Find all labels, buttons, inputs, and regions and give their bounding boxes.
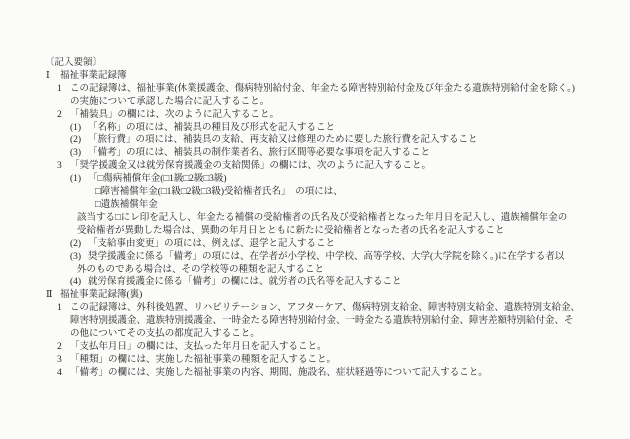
doc-line: Ⅰ福祉事業記録簿	[0, 70, 630, 83]
line-text: 奨学援護金に係る「備考」の項には、在学者が小学校、中学校、高等学校、大学(大学院…	[88, 252, 564, 262]
line-marker: 4	[57, 367, 62, 380]
doc-line: (4)就労保育援護金に係る「備考」の欄には、就労者の氏名等を記入すること	[0, 276, 630, 289]
line-marker: (2)	[70, 134, 81, 147]
doc-line: 3「奨学援護金又は就労保育援護金の支給関係」の欄には、次のように記入すること。	[0, 160, 630, 173]
line-text: 障害特別援護金、遺族特別援護金、一時金たる障害特別給付金、一時金たる遺族特別給付…	[70, 316, 574, 326]
line-text: 外のものである場合は、その学校等の種類を記入すること	[77, 265, 324, 275]
doc-line: 1この記録簿は、福祉事業(休業援護金、傷病特別給付金、年金たる障害特別給付金及び…	[0, 83, 630, 96]
line-text: の実施について承認した場合に記入すること。	[70, 97, 269, 107]
instructions-document: 〔記入要領〕Ⅰ福祉事業記録簿1この記録簿は、福祉事業(休業援護金、傷病特別給付金…	[0, 0, 630, 380]
line-text: 「備考」の項には、補装具の制作業者名、旅行区間等必要な事項を記入すること	[88, 148, 430, 158]
line-text: 受給権者が異動した場合は、異動の年月日とともに新たに受給権者となった者の氏名を記…	[77, 226, 505, 236]
line-marker: 2	[57, 109, 62, 122]
doc-line: 外のものである場合は、その学校等の種類を記入すること	[0, 264, 630, 277]
line-text: 「備考」の欄には、実施した福祉事業の内容、期間、施設名、症状経過等について記入す…	[70, 368, 488, 378]
doc-line: 該当する□にレ印を記入し、年金たる補償の受給権者の氏名及び受給権者となった年月日…	[0, 212, 630, 225]
line-marker: 2	[57, 341, 62, 354]
doc-line: (1)「名称」の項には、補装具の種目及び形式を記入すること	[0, 122, 630, 135]
line-marker: (3)	[70, 147, 81, 160]
line-marker: 1	[57, 83, 62, 96]
doc-line: の実施について承認した場合に記入すること。	[0, 96, 630, 109]
line-text: 「補装具」の欄には、次のように記入すること。	[70, 110, 279, 120]
line-text: 「種類」の欄には、実施した福祉事業の種類を記入すること。	[70, 355, 336, 365]
line-text: 「奨学援護金又は就労保育援護金の支給関係」の欄には、次のように記入すること。	[70, 161, 431, 171]
doc-lines: 〔記入要領〕Ⅰ福祉事業記録簿1この記録簿は、福祉事業(休業援護金、傷病特別給付金…	[0, 57, 630, 380]
doc-line: 2「補装具」の欄には、次のように記入すること。	[0, 109, 630, 122]
doc-line: 〔記入要領〕	[0, 57, 630, 70]
line-marker: (1)	[70, 173, 81, 186]
line-text: 〔記入要領〕	[45, 58, 102, 68]
line-marker: (2)	[70, 238, 81, 251]
line-text: 「□傷病補償年金(□1級□2級□3級)	[88, 174, 227, 184]
line-text: 福祉事業記録簿(裏)	[60, 290, 142, 300]
doc-line: (3)「備考」の項には、補装具の制作業者名、旅行区間等必要な事項を記入すること	[0, 147, 630, 160]
doc-line: 4「備考」の欄には、実施した福祉事業の内容、期間、施設名、症状経過等について記入…	[0, 367, 630, 380]
doc-line: Ⅱ福祉事業記録簿(裏)	[0, 289, 630, 302]
doc-line: 1この記録簿は、外科後処置、リハビリテーション、アフターケア、傷病特別支給金、障…	[0, 302, 630, 315]
line-text: □障害補償年金(□1級□2級□3級)受給権者氏名」 の項には、	[95, 187, 343, 197]
line-text: 該当する□にレ印を記入し、年金たる補償の受給権者の氏名及び受給権者となった年月日…	[77, 213, 567, 223]
doc-line: 2「支払年月日」の欄には、支払った年月日を記入すること。	[0, 341, 630, 354]
doc-line: 3「種類」の欄には、実施した福祉事業の種類を記入すること。	[0, 354, 630, 367]
line-text: 「支払年月日」の欄には、支払った年月日を記入すること。	[70, 342, 327, 352]
document-page: 〔記入要領〕Ⅰ福祉事業記録簿1この記録簿は、福祉事業(休業援護金、傷病特別給付金…	[0, 0, 630, 439]
doc-line: (3)奨学援護金に係る「備考」の項には、在学者が小学校、中学校、高等学校、大学(…	[0, 251, 630, 264]
line-text: 就労保育援護金に係る「備考」の欄には、就労者の氏名等を記入すること	[88, 277, 402, 287]
line-marker: (1)	[70, 122, 81, 135]
doc-line: (2)「支給事由変更」の項には、例えば、退学と記入すること	[0, 238, 630, 251]
doc-line: 受給権者が異動した場合は、異動の年月日とともに新たに受給権者となった者の氏名を記…	[0, 225, 630, 238]
line-marker: (4)	[70, 276, 81, 289]
line-text: この記録簿は、福祉事業(休業援護金、傷病特別給付金、年金たる障害特別給付金及び年…	[70, 84, 575, 94]
line-marker: (3)	[70, 251, 81, 264]
doc-line: の他についてその支払の都度記入すること。	[0, 328, 630, 341]
doc-line: (1)「□傷病補償年金(□1級□2級□3級)	[0, 173, 630, 186]
line-text: □遺族補償年金	[95, 200, 158, 210]
line-text: の他についてその支払の都度記入すること。	[70, 329, 260, 339]
line-marker: 3	[57, 160, 62, 173]
line-text: 福祉事業記録簿	[60, 71, 127, 81]
line-text: 「旅行費」の項には、補装具の支給、再支給又は修理のために要した旅行費を記入するこ…	[88, 135, 478, 145]
line-marker: 1	[57, 302, 62, 315]
line-text: 「支給事由変更」の項には、例えば、退学と記入すること	[88, 239, 335, 249]
doc-line: 障害特別援護金、遺族特別援護金、一時金たる障害特別給付金、一時金たる遺族特別給付…	[0, 315, 630, 328]
line-marker: Ⅱ	[46, 289, 52, 302]
doc-line: □遺族補償年金	[0, 199, 630, 212]
line-text: この記録簿は、外科後処置、リハビリテーション、アフターケア、傷病特別支給金、障害…	[70, 303, 580, 313]
line-marker: Ⅰ	[46, 70, 50, 83]
line-marker: 3	[57, 354, 62, 367]
doc-line: □障害補償年金(□1級□2級□3級)受給権者氏名」 の項には、	[0, 186, 630, 199]
line-text: 「名称」の項には、補装具の種目及び形式を記入すること	[88, 123, 335, 133]
doc-line: (2)「旅行費」の項には、補装具の支給、再支給又は修理のために要した旅行費を記入…	[0, 134, 630, 147]
